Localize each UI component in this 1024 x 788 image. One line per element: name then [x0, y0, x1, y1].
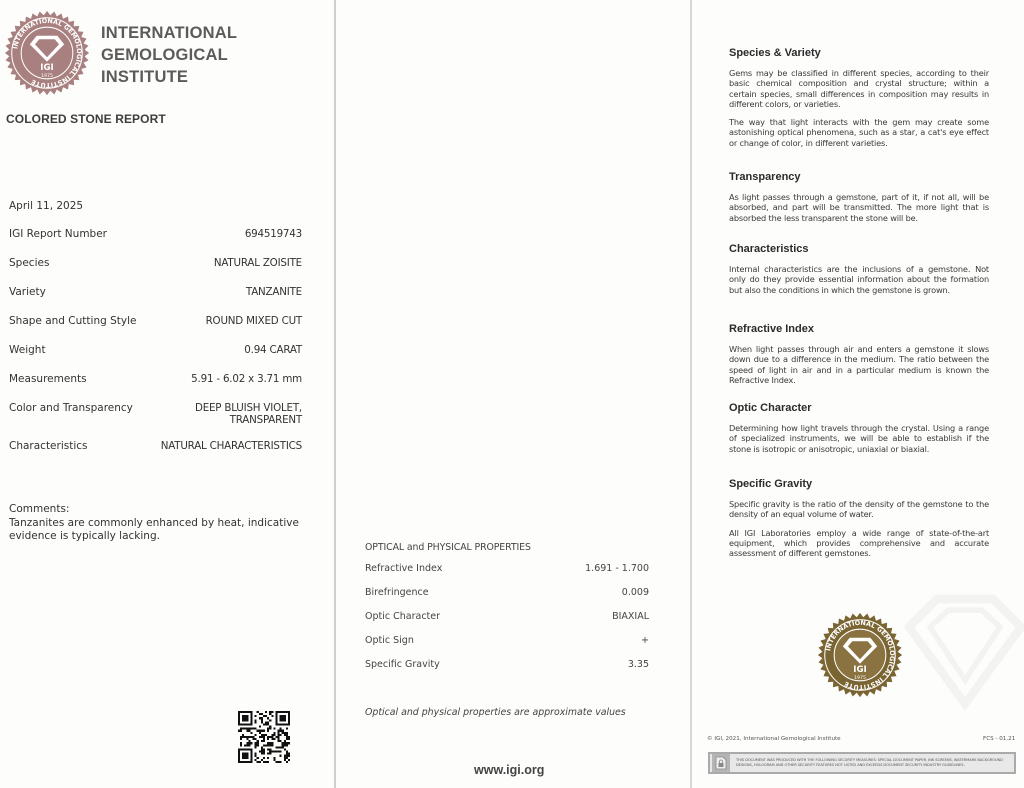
table-row: Color and Transparency DEEP BLUISH VIOLE…	[9, 402, 302, 440]
org-name-line: INTERNATIONAL	[101, 22, 237, 44]
igi-gold-seal-icon: INTERNATIONAL GEMOLOGICAL INSTITUTEIGI19…	[817, 612, 903, 698]
table-row: Birefringence 0.009	[365, 587, 649, 611]
info-heading: Transparency	[729, 171, 989, 183]
report-details-table: IGI Report Number 694519743 Species NATU…	[9, 228, 302, 469]
website-link[interactable]: www.igi.org	[474, 763, 544, 777]
field-label: Variety	[9, 286, 46, 298]
comments-label: Comments:	[9, 503, 309, 517]
field-label: Weight	[9, 344, 46, 356]
copyright-text: © IGI, 2021, International Gemological I…	[707, 736, 841, 742]
info-heading: Refractive Index	[729, 323, 989, 335]
info-paragraph: Determining how light travels through th…	[729, 423, 989, 454]
info-heading: Optic Character	[729, 402, 989, 414]
info-specific-gravity: Specific Gravity Specific gravity is the…	[729, 478, 989, 566]
table-row: Shape and Cutting Style ROUND MIXED CUT	[9, 315, 302, 344]
info-paragraph: As light passes through a gemstone, part…	[729, 192, 989, 223]
property-value: 3.35	[628, 659, 649, 683]
characteristics-value: NATURAL CHARACTERISTICS	[161, 440, 302, 452]
field-label: Measurements	[9, 373, 87, 385]
property-label: Optic Character	[365, 611, 440, 635]
qr-code-icon[interactable]	[238, 711, 290, 763]
property-value: 0.009	[622, 587, 649, 611]
svg-text:IGI: IGI	[853, 665, 866, 675]
field-label: Species	[9, 257, 49, 269]
field-label: Color and Transparency	[9, 402, 133, 414]
info-paragraph: All IGI Laboratories employ a wide range…	[729, 528, 989, 559]
table-row: Variety TANZANITE	[9, 286, 302, 315]
info-species-variety: Species & Variety Gems may be classified…	[729, 47, 989, 156]
org-name-line: GEMOLOGICAL	[101, 44, 237, 66]
svg-text:IGI: IGI	[40, 63, 53, 73]
form-code: FCS - 01.21	[983, 736, 1015, 742]
color-value: DEEP BLUISH VIOLET, TRANSPARENT	[195, 402, 302, 426]
info-heading: Specific Gravity	[729, 478, 989, 490]
info-heading: Characteristics	[729, 243, 989, 255]
svg-text:1975: 1975	[41, 73, 53, 79]
diamond-watermark-icon	[895, 580, 1024, 730]
report-number: 694519743	[245, 228, 302, 240]
comments-section: Comments: Tanzanites are commonly enhanc…	[9, 503, 309, 544]
svg-text:1975: 1975	[854, 675, 866, 681]
variety-value: TANZANITE	[246, 286, 302, 298]
comments-text: Tanzanites are commonly enhanced by heat…	[9, 517, 309, 544]
table-row: Optic Sign +	[365, 635, 649, 659]
document-lock-icon	[712, 754, 730, 772]
info-characteristics: Characteristics Internal characteristics…	[729, 243, 989, 303]
table-row: Refractive Index 1.691 - 1.700	[365, 563, 649, 587]
property-value: 1.691 - 1.700	[585, 563, 649, 587]
field-label: Shape and Cutting Style	[9, 315, 136, 327]
optical-properties-heading: OPTICAL and PHYSICAL PROPERTIES	[365, 542, 531, 553]
property-value: BIAXIAL	[612, 611, 649, 635]
property-label: Specific Gravity	[365, 659, 440, 683]
info-paragraph: Specific gravity is the ratio of the den…	[729, 499, 989, 520]
info-paragraph: The way that light interacts with the ge…	[729, 117, 989, 148]
color-value-line: TRANSPARENT	[195, 414, 302, 426]
table-row: Optic Character BIAXIAL	[365, 611, 649, 635]
info-heading: Species & Variety	[729, 47, 989, 59]
weight-value: 0.94 CARAT	[244, 344, 302, 356]
table-row: Measurements 5.91 - 6.02 x 3.71 mm	[9, 373, 302, 402]
shape-value: ROUND MIXED CUT	[206, 315, 302, 327]
info-paragraph: Gems may be classified in different spec…	[729, 68, 989, 109]
info-optic-character: Optic Character Determining how light tr…	[729, 402, 989, 462]
approximate-values-note: Optical and physical properties are appr…	[365, 707, 626, 718]
info-refractive-index: Refractive Index When light passes throu…	[729, 323, 989, 393]
table-row: Specific Gravity 3.35	[365, 659, 649, 683]
report-date: April 11, 2025	[9, 200, 83, 212]
report-title: COLORED STONE REPORT	[6, 112, 166, 126]
optical-properties-table: Refractive Index 1.691 - 1.700 Birefring…	[365, 563, 649, 683]
table-row: Weight 0.94 CARAT	[9, 344, 302, 373]
table-row: IGI Report Number 694519743	[9, 228, 302, 257]
igi-seal-icon: INTERNATIONAL GEMOLOGICAL INSTITUTEIGI19…	[4, 10, 90, 96]
org-name: INTERNATIONAL GEMOLOGICAL INSTITUTE	[101, 22, 237, 88]
security-notice: THIS DOCUMENT WAS PRODUCED WITH THE FOLL…	[708, 752, 1016, 774]
table-row: Species NATURAL ZOISITE	[9, 257, 302, 286]
property-label: Optic Sign	[365, 635, 414, 659]
measurements-value: 5.91 - 6.02 x 3.71 mm	[191, 373, 302, 385]
property-value: +	[641, 635, 649, 659]
property-label: Refractive Index	[365, 563, 442, 587]
info-transparency: Transparency As light passes through a g…	[729, 171, 989, 231]
color-value-line: DEEP BLUISH VIOLET,	[195, 402, 302, 414]
property-label: Birefringence	[365, 587, 429, 611]
species-value: NATURAL ZOISITE	[214, 257, 302, 269]
field-label: Characteristics	[9, 440, 88, 452]
table-row: Characteristics NATURAL CHARACTERISTICS	[9, 440, 302, 469]
field-label: IGI Report Number	[9, 228, 107, 240]
security-text: THIS DOCUMENT WAS PRODUCED WITH THE FOLL…	[736, 758, 1006, 769]
org-name-line: INSTITUTE	[101, 66, 237, 88]
info-paragraph: Internal characteristics are the inclusi…	[729, 264, 989, 295]
info-paragraph: When light passes through air and enters…	[729, 344, 989, 385]
report-front-panel: INTERNATIONAL GEMOLOGICAL INSTITUTEIGI19…	[0, 0, 334, 788]
